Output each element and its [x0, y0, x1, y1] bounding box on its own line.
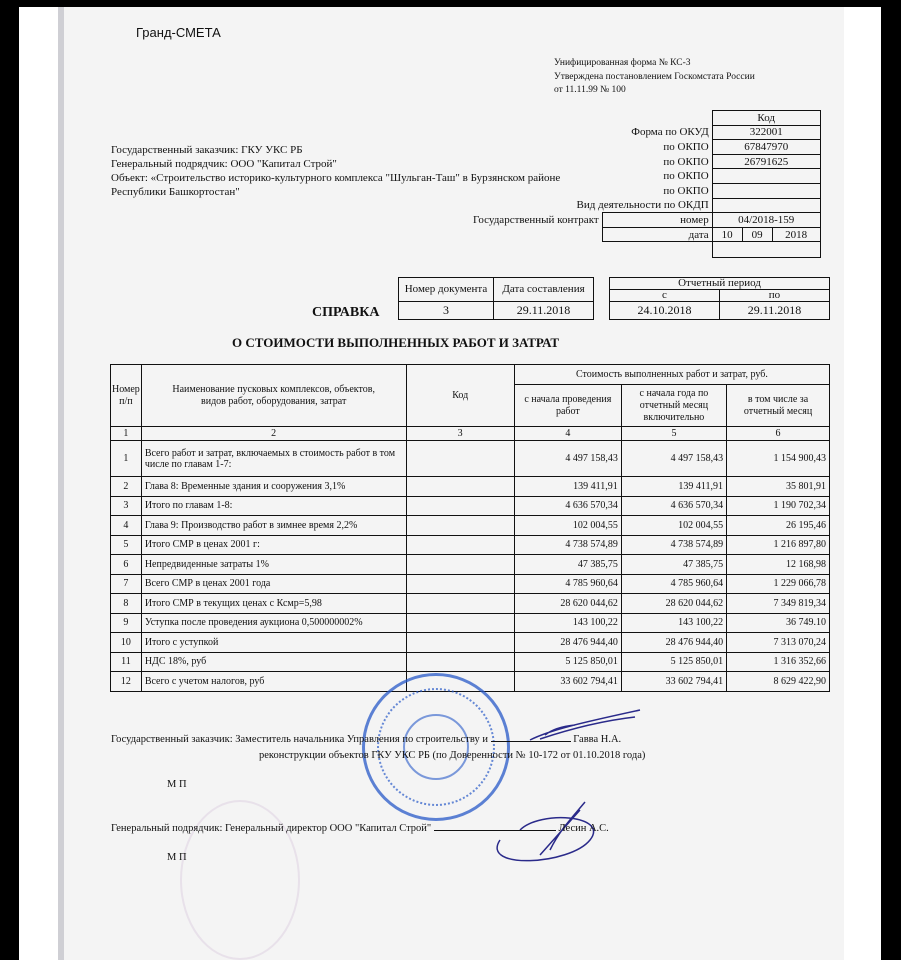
- amount-month: 1 229 066,78: [727, 574, 830, 594]
- amount-from-start: 143 100,22: [514, 613, 621, 633]
- code-label: Форма по ОКУД: [470, 125, 712, 140]
- code-label: по ОКПО: [470, 169, 712, 184]
- row-code: [406, 594, 514, 614]
- amount-from-year: 4 497 158,43: [621, 441, 726, 477]
- row-number: 10: [111, 633, 142, 653]
- amount-month: 26 195,46: [727, 516, 830, 536]
- period-table: Отчетный период с по 24.10.2018 29.11.20…: [609, 277, 830, 320]
- row-name: Глава 9: Производство работ в зимнее вре…: [141, 516, 406, 536]
- amount-from-year: 139 411,91: [621, 477, 726, 497]
- code-value: 26791625: [712, 154, 820, 169]
- period-from: 24.10.2018: [610, 302, 720, 320]
- row-code: [406, 516, 514, 536]
- contractor-signer-name: Лесин А.С.: [558, 823, 608, 834]
- contractor-signature-line: Генеральный подрядчик: Генеральный дирек…: [111, 823, 609, 834]
- amount-from-year: 28 620 044,62: [621, 594, 726, 614]
- amount-from-start: 5 125 850,01: [514, 652, 621, 672]
- table-row: 3Итого по главам 1-8:4 636 570,344 636 5…: [111, 496, 830, 516]
- contract-number: 04/2018-159: [712, 213, 820, 228]
- seal-place: М П: [167, 852, 187, 863]
- col-number: 4: [514, 427, 621, 441]
- codes-header: Код: [712, 111, 820, 126]
- row-name: Всего с учетом налогов, руб: [141, 672, 406, 692]
- header-code: Код: [406, 365, 514, 427]
- amount-from-start: 28 476 944,40: [514, 633, 621, 653]
- code-value: 67847970: [712, 140, 820, 155]
- form-meta-line: от 11.11.99 № 100: [554, 84, 755, 98]
- col-number: 3: [406, 427, 514, 441]
- amount-from-start: 4 738 574,89: [514, 535, 621, 555]
- row-number: 5: [111, 535, 142, 555]
- amount-month: 35 801,91: [727, 477, 830, 497]
- row-name: НДС 18%, руб: [141, 652, 406, 672]
- table-row: 4Глава 9: Производство работ в зимнее вр…: [111, 516, 830, 536]
- document-subtitle: О СТОИМОСТИ ВЫПОЛНЕННЫХ РАБОТ И ЗАТРАТ: [232, 335, 559, 351]
- col-number: 1: [111, 427, 142, 441]
- document-title: СПРАВКА: [312, 305, 379, 321]
- number-header: Номер документа: [399, 278, 494, 302]
- table-row: 11НДС 18%, руб5 125 850,015 125 850,011 …: [111, 652, 830, 672]
- amount-from-year: 5 125 850,01: [621, 652, 726, 672]
- document-number: 3: [399, 302, 494, 320]
- amount-month: 1 190 702,34: [727, 496, 830, 516]
- amount-from-start: 4 785 960,64: [514, 574, 621, 594]
- table-row: 6Непредвиденные затраты 1%47 385,7547 38…: [111, 555, 830, 575]
- code-value: [712, 169, 820, 184]
- contract-label: Государственный контракт: [470, 213, 602, 228]
- row-name: Всего работ и затрат, включаемых в стоим…: [141, 441, 406, 477]
- contractor-signature-text: Генеральный подрядчик: Генеральный дирек…: [111, 823, 431, 834]
- form-meta-line: Унифицированная форма № КС-3: [554, 57, 755, 71]
- table-row: 5Итого СМР в ценах 2001 г:4 738 574,894 …: [111, 535, 830, 555]
- row-code: [406, 535, 514, 555]
- row-number: 1: [111, 441, 142, 477]
- period-to-label: по: [720, 290, 830, 302]
- row-name: Итого по главам 1-8:: [141, 496, 406, 516]
- amount-month: 1 316 352,66: [727, 652, 830, 672]
- amount-from-start: 102 004,55: [514, 516, 621, 536]
- row-name: Глава 8: Временные здания и сооружения 3…: [141, 477, 406, 497]
- header-month: в том числе за отчетный месяц: [727, 385, 830, 427]
- code-value: 322001: [712, 125, 820, 140]
- period-from-label: с: [610, 290, 720, 302]
- amount-from-start: 33 602 794,41: [514, 672, 621, 692]
- row-number: 6: [111, 555, 142, 575]
- table-row: 9Уступка после проведения аукциона 0,500…: [111, 613, 830, 633]
- amount-from-year: 47 385,75: [621, 555, 726, 575]
- amount-from-start: 139 411,91: [514, 477, 621, 497]
- col-number: 6: [727, 427, 830, 441]
- row-name: Итого с уступкой: [141, 633, 406, 653]
- amount-from-year: 28 476 944,40: [621, 633, 726, 653]
- row-number: 9: [111, 613, 142, 633]
- row-name: Итого СМР в текущих ценах с Ксмр=5,98: [141, 594, 406, 614]
- row-number: 11: [111, 652, 142, 672]
- amount-from-start: 4 497 158,43: [514, 441, 621, 477]
- amount-month: 7 313 070,24: [727, 633, 830, 653]
- code-value: [712, 198, 820, 213]
- header-cost-group: Стоимость выполненных работ и затрат, ру…: [514, 365, 829, 385]
- amount-from-start: 47 385,75: [514, 555, 621, 575]
- table-row: 8Итого СМР в текущих ценах с Ксмр=5,9828…: [111, 594, 830, 614]
- amount-from-start: 28 620 044,62: [514, 594, 621, 614]
- amount-month: 1 216 897,80: [727, 535, 830, 555]
- contract-day: 10: [712, 227, 742, 242]
- codes-table: Код Форма по ОКУД 322001 по ОКПО 6784797…: [470, 110, 821, 258]
- date-header: Дата составления: [494, 278, 594, 302]
- col-number: 2: [141, 427, 406, 441]
- code-label: по ОКПО: [470, 154, 712, 169]
- row-code: [406, 613, 514, 633]
- col-number: 5: [621, 427, 726, 441]
- row-code: [406, 477, 514, 497]
- amount-from-start: 4 636 570,34: [514, 496, 621, 516]
- row-number: 2: [111, 477, 142, 497]
- header-name: Наименование пусковых комплексов, объект…: [141, 365, 406, 427]
- row-number: 8: [111, 594, 142, 614]
- contract-month: 09: [742, 227, 772, 242]
- customer-signature-line2: реконструкции объектов ГКУ УКС РБ (по До…: [259, 750, 645, 761]
- amount-from-year: 33 602 794,41: [621, 672, 726, 692]
- amount-from-year: 4 738 574,89: [621, 535, 726, 555]
- period-to: 29.11.2018: [720, 302, 830, 320]
- header-num: Номер п/п: [111, 365, 142, 427]
- row-code: [406, 441, 514, 477]
- amount-month: 1 154 900,43: [727, 441, 830, 477]
- app-name: Гранд-СМЕТА: [136, 25, 221, 40]
- row-number: 3: [111, 496, 142, 516]
- form-meta: Унифицированная форма № КС-3 Утверждена …: [554, 57, 755, 98]
- header-from-start: с начала проведения работ: [514, 385, 621, 427]
- table-row: 7Всего СМР в ценах 2001 года4 785 960,64…: [111, 574, 830, 594]
- amount-from-year: 102 004,55: [621, 516, 726, 536]
- header-from-year: с начала года по отчетный месяц включите…: [621, 385, 726, 427]
- table-row: 2Глава 8: Временные здания и сооружения …: [111, 477, 830, 497]
- row-name: Уступка после проведения аукциона 0,5000…: [141, 613, 406, 633]
- row-number: 12: [111, 672, 142, 692]
- row-name: Итого СМР в ценах 2001 г:: [141, 535, 406, 555]
- row-code: [406, 633, 514, 653]
- amount-from-year: 4 785 960,64: [621, 574, 726, 594]
- customer-signature-text: Государственный заказчик: Заместитель на…: [111, 734, 488, 745]
- row-code: [406, 496, 514, 516]
- column-numbers-row: 1 2 3 4 5 6: [111, 427, 830, 441]
- customer-signature-line: Государственный заказчик: Заместитель на…: [111, 734, 621, 745]
- amount-from-year: 143 100,22: [621, 613, 726, 633]
- customer-signer-name: Гавва Н.А.: [573, 734, 621, 745]
- row-code: [406, 652, 514, 672]
- table-row: 10Итого с уступкой28 476 944,4028 476 94…: [111, 633, 830, 653]
- period-header: Отчетный период: [610, 278, 830, 290]
- amount-month: 36 749.10: [727, 613, 830, 633]
- code-label: по ОКПО: [470, 140, 712, 155]
- code-value: [712, 183, 820, 198]
- contract-year: 2018: [772, 227, 820, 242]
- form-meta-line: Утверждена постановлением Госкомстата Ро…: [554, 71, 755, 85]
- number-label: номер: [602, 213, 712, 228]
- code-label: по ОКПО: [470, 183, 712, 198]
- amount-month: 12 168,98: [727, 555, 830, 575]
- amount-month: 7 349 819,34: [727, 594, 830, 614]
- row-number: 4: [111, 516, 142, 536]
- seal-place: М П: [167, 779, 187, 790]
- row-name: Всего СМР в ценах 2001 года: [141, 574, 406, 594]
- signature-contractor: [480, 800, 620, 870]
- amount-month: 8 629 422,90: [727, 672, 830, 692]
- date-label: дата: [602, 227, 712, 242]
- document-info-table: Номер документа Дата составления 3 29.11…: [398, 277, 594, 320]
- code-label: Вид деятельности по ОКДП: [470, 198, 712, 213]
- row-number: 7: [111, 574, 142, 594]
- row-code: [406, 555, 514, 575]
- cost-table: Номер п/п Наименование пусковых комплекс…: [110, 364, 830, 692]
- table-row: 1Всего работ и затрат, включаемых в стои…: [111, 441, 830, 477]
- amount-from-year: 4 636 570,34: [621, 496, 726, 516]
- document-date: 29.11.2018: [494, 302, 594, 320]
- official-stamp: [362, 673, 510, 821]
- row-name: Непредвиденные затраты 1%: [141, 555, 406, 575]
- row-code: [406, 574, 514, 594]
